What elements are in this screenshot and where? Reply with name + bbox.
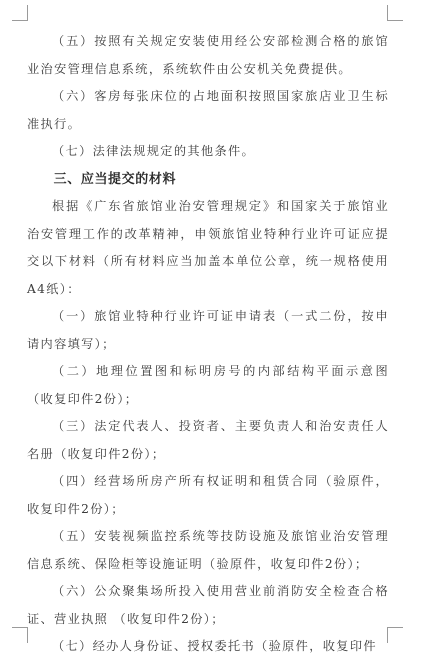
- crop-mark-bottom-right: [387, 627, 403, 643]
- material-item-5: （五）安装视频监控系统等技防设施及旅馆业治安管理信息系统、保险柜等设施证明（验原…: [27, 523, 389, 578]
- material-item-2: （二）地理位置图和标明房号的内部结构平面示意图（收复印件2份）；: [27, 358, 389, 413]
- document-page: （五）按照有关规定安装使用经公安部检测合格的旅馆业治安管理信息系统，系统软件由公…: [0, 0, 421, 658]
- condition-item-5: （五）按照有关规定安装使用经公安部检测合格的旅馆业治安管理信息系统，系统软件由公…: [27, 28, 389, 83]
- material-item-4: （四）经营场所房产所有权证明和租赁合同（验原件，收复印件2份）；: [27, 468, 389, 523]
- crop-mark-bottom-left: [12, 627, 28, 643]
- material-item-1: （一）旅馆业特种行业许可证申请表（一式二份，按申请内容填写）；: [27, 303, 389, 358]
- condition-item-6: （六）客房每张床位的占地面积按照国家旅店业卫生标准执行。: [27, 83, 389, 138]
- document-body: （五）按照有关规定安装使用经公安部检测合格的旅馆业治安管理信息系统，系统软件由公…: [27, 28, 389, 658]
- crop-mark-top-left: [12, 5, 28, 21]
- intro-paragraph: 根据《广东省旅馆业治安管理规定》和国家关于旅馆业治安管理工作的改革精神，申领旅馆…: [27, 193, 389, 303]
- material-item-7: （七）经办人身份证、授权委托书（验原件，收复印件: [27, 633, 389, 658]
- condition-item-7: （七）法律法规规定的其他条件。: [27, 138, 389, 166]
- material-item-3: （三）法定代表人、投资者、主要负责人和治安责任人名册（收复印件2份）；: [27, 413, 389, 468]
- section-heading: 三、应当提交的材料: [27, 166, 389, 194]
- material-item-6: （六）公众聚集场所投入使用营业前消防安全检查合格证、营业执照 （收复印件2份）；: [27, 578, 389, 633]
- crop-mark-top-right: [387, 5, 403, 21]
